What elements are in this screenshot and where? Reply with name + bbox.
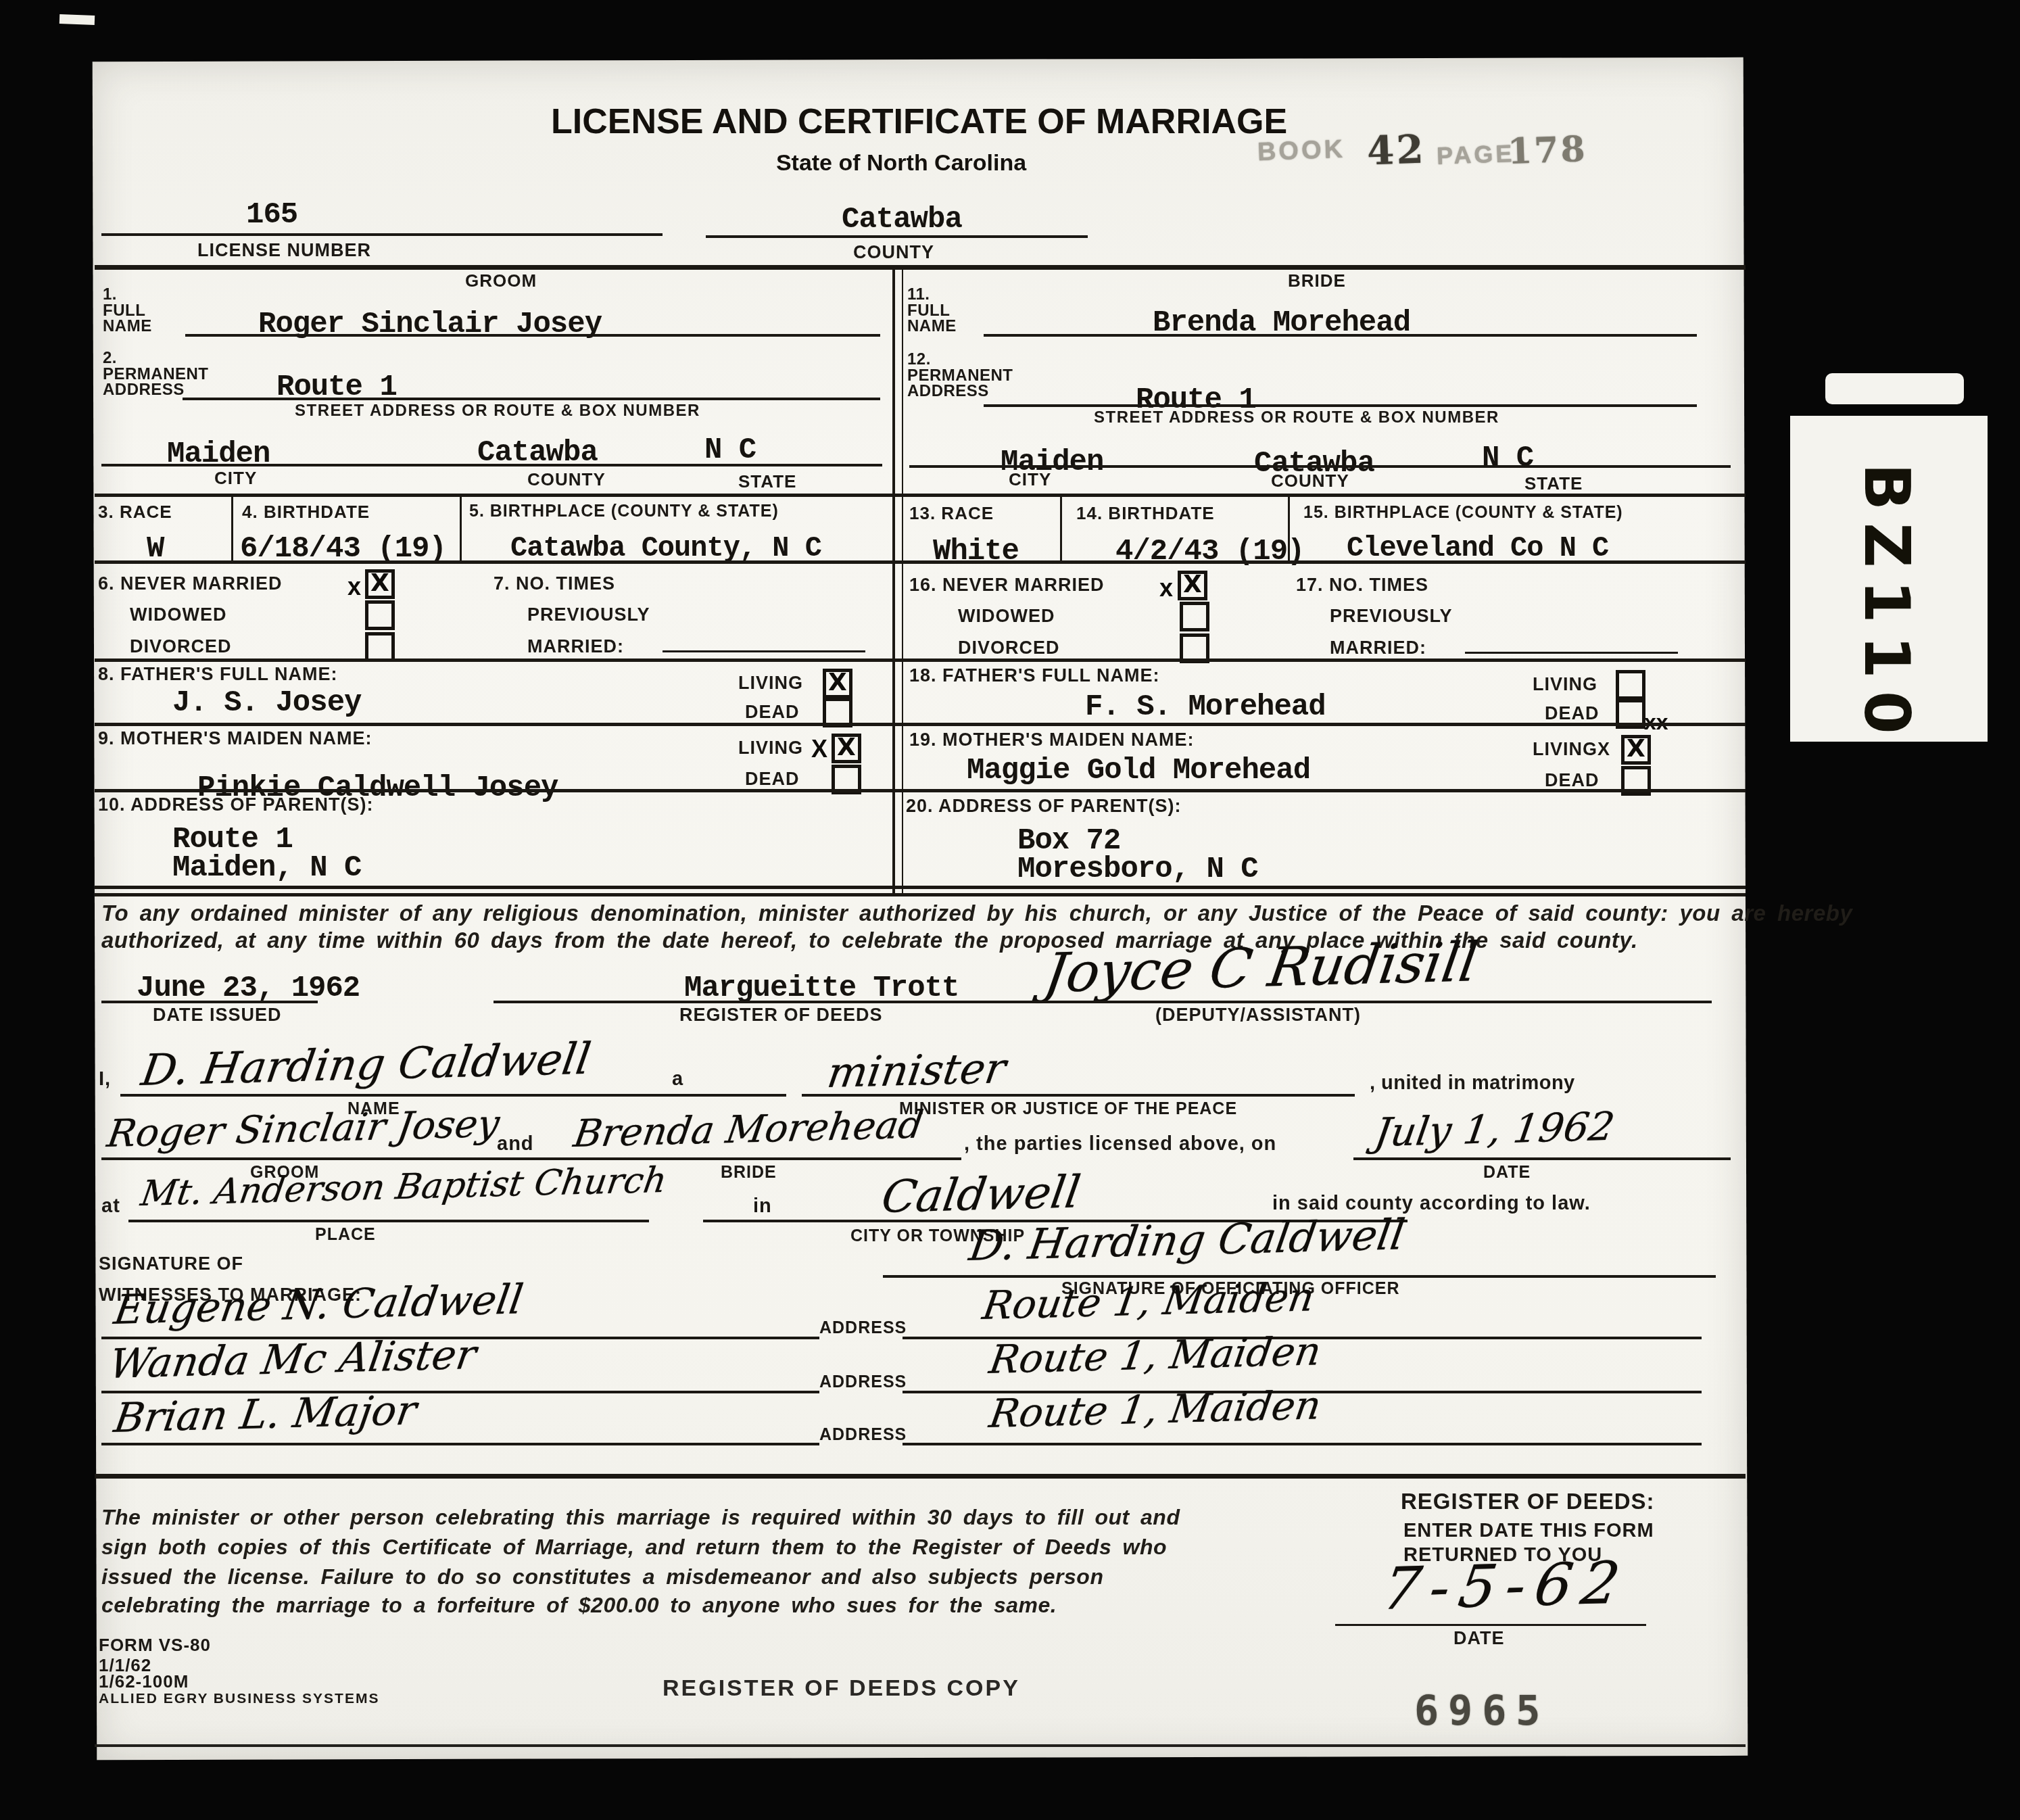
authorization-line1: To any ordained minister of any religiou… [101,902,1852,924]
footer-notice-line1: The minister or other person celebrating… [101,1506,1180,1528]
ceremony-parties-text: , the parties licensed above, on [964,1134,1276,1154]
ceremony-in-word: in [753,1197,772,1216]
register-of-deeds-value: Margueitte Trott [684,974,959,1003]
groom-address-line [183,398,880,400]
register-of-deeds-label: REGISTER OF DEEDS [679,1006,883,1024]
groom-mother-living-premark: X [811,737,827,761]
bride-mother-dead-label: DEAD [1545,771,1600,790]
bride-birthplace-label: 15. BIRTHPLACE (COUNTY & STATE) [1303,504,1623,521]
ceremony-township-written: Caldwell [879,1170,1083,1220]
bride-state: N C [1482,444,1533,473]
bride-times-label: 17. NO. TIMES [1296,576,1428,594]
groom-mother-living-checkbox: X [832,734,861,763]
race-row-bottom-border [95,560,1746,564]
bride-city-label: CITY [1009,471,1051,488]
license-number-label: LICENSE NUMBER [197,241,371,260]
bride-father-value: F. S. Morehead [1085,692,1326,722]
groom-county-col-label: COUNTY [527,471,606,488]
checkbox-mark: X [370,571,389,596]
bride-q1-label2: NAME [907,318,957,335]
ceremony-groom-name-written: Roger Sinclair Josey [105,1105,502,1153]
bride-never-married-checkbox: X [1178,571,1207,600]
groom-birthdate-value: 6/18/43 (19) [240,534,446,564]
bride-widowed-checkbox [1180,602,1209,631]
ceremony-bride-label: BRIDE [721,1164,777,1181]
witnesses-heading-1: SIGNATURE OF [99,1255,243,1273]
bride-address-line [984,404,1697,407]
license-number-line [101,233,663,236]
groom-father-label: 8. FATHER'S FULL NAME: [98,665,337,684]
groom-mother-dead-label: DEAD [745,770,800,788]
groom-father-value: J. S. Josey [172,688,361,718]
marital-row-bottom-border [95,658,1746,662]
ceremony-place-line [128,1220,649,1222]
deputy-signature-line [948,1001,1712,1003]
page-stamp-value: 178 [1507,128,1588,172]
page-bottom-edge [95,1744,1746,1747]
ceremony-united-text: , united in matrimony [1370,1074,1575,1093]
bride-birthplace-value: Cleveland Co N C [1347,534,1608,562]
copy-designation-label: REGISTER OF DEEDS COPY [663,1675,1014,1702]
table-bottom-border-2 [95,893,1746,896]
bride-county-col-label: COUNTY [1271,472,1349,489]
ceremony-place-label: PLACE [315,1226,376,1243]
date-issued-value: June 23, 1962 [137,974,360,1003]
form-number: FORM VS-80 [99,1636,211,1654]
ceremony-bride-name-written: Brenda Morehead [571,1107,925,1153]
officiant-title-label: MINISTER OR JUSTICE OF THE PEACE [899,1101,1237,1118]
officiant-title-written: minister [825,1047,1009,1094]
ceremony-suffix-text: in said county according to law. [1272,1194,1591,1214]
groom-divorced-checkbox [365,632,395,662]
witness-2-signature: Wanda Mc Alister [107,1335,479,1385]
bride-parents-line1: Box 72 [1017,826,1120,856]
groom-q2-label2: ADDRESS [103,382,185,398]
rod-box-title: REGISTER OF DEEDS: [1401,1490,1655,1512]
groom-widowed-label: WIDOWED [130,606,226,624]
groom-married-line [663,650,865,652]
ceremony-date-line [1353,1157,1731,1160]
checkbox-mark: X [1627,737,1645,761]
bride-q2-num: 12. [907,352,931,368]
groom-never-married-premark: x [347,575,361,599]
register-of-deeds-line [494,1001,948,1003]
bride-name-line [984,334,1697,337]
bride-father-label: 18. FATHER'S FULL NAME: [909,667,1159,685]
ceremony-a-word: a [672,1070,683,1089]
groom-city-label: CITY [214,469,257,487]
bride-divorced-label: DIVORCED [958,639,1060,657]
groom-parents-label: 10. ADDRESS OF PARENT(S): [98,796,374,814]
rod-box-line1: ENTER DATE THIS FORM [1403,1521,1654,1541]
groom-race-value: W [147,534,164,564]
deputy-label: (DEPUTY/ASSISTANT) [1155,1006,1361,1024]
groom-parents-line2: Maiden, N C [172,853,361,883]
ceremony-date-label: DATE [1483,1164,1531,1181]
groom-birthdate-label: 4. BIRTHDATE [242,503,370,521]
witness-3-name-line [101,1443,819,1445]
rod-return-date: 7-5-62 [1379,1554,1633,1619]
witness-1-signature: Eugene N. Caldwell [112,1279,525,1331]
groom-state: N C [704,435,756,465]
serial-number-stamp: 6965 [1414,1687,1550,1735]
groom-birthplace-label: 5. BIRTHPLACE (COUNTY & STATE) [469,503,779,520]
bride-race-divider1 [1060,494,1062,561]
groom-section-label: GROOM [465,272,537,289]
groom-state-label: STATE [738,473,796,490]
officiant-name-written: D. Harding Caldwell [139,1038,594,1093]
groom-father-living-checkbox: X [823,669,852,698]
bride-married-label: MARRIED: [1330,639,1426,657]
book-stamp-label: BOOK [1257,135,1345,168]
groom-widowed-checkbox [365,600,395,630]
footer-notice-line4: celebrating the marriage to a forfeiture… [101,1594,1057,1616]
column-divider [892,265,895,895]
bride-mother-living-checkbox: X [1621,735,1651,765]
bride-previously-label: PREVIOUSLY [1330,607,1453,625]
county-value: Catawba [842,205,962,235]
date-issued-label: DATE ISSUED [153,1006,282,1024]
table-top-border [95,265,1746,270]
groom-never-married-label: 6. NEVER MARRIED [98,575,283,593]
groom-q1-num: 1. [103,287,117,303]
bride-father-living-checkbox [1616,670,1645,700]
officiant-name-line [120,1094,786,1097]
film-edge-mark [59,14,95,25]
checkbox-mark: X [828,671,847,695]
officer-signature: D. Harding Caldwell [967,1214,1408,1267]
bride-birthdate-label: 14. BIRTHDATE [1076,504,1215,522]
groom-married-label: MARRIED: [527,638,624,656]
column-divider-2 [902,265,903,895]
film-sprocket-tab [1825,373,1964,404]
bride-married-line [1465,652,1678,654]
rod-date-line [1335,1624,1646,1626]
bride-city-line [909,465,1731,468]
bride-parents-label: 20. ADDRESS OF PARENT(S): [906,797,1182,815]
bride-q1-num: 11. [907,287,930,303]
page-title: LICENSE AND CERTIFICATE OF MARRIAGE [551,101,1244,142]
groom-street-sublabel: STREET ADDRESS OR ROUTE & BOX NUMBER [295,403,700,419]
groom-never-married-checkbox: X [365,569,395,599]
groom-mother-label: 9. MOTHER'S MAIDEN NAME: [98,729,372,748]
groom-father-living-label: LIVING [738,674,803,692]
groom-race-label: 3. RACE [98,503,172,521]
groom-mother-living-label: LIVING [738,739,803,757]
page-stamp-label: PAGE [1436,139,1515,170]
bride-street-sublabel: STREET ADDRESS OR ROUTE & BOX NUMBER [1094,410,1499,426]
bride-father-dead-suffix: xx [1644,711,1668,733]
bride-never-married-premark: x [1159,576,1173,600]
county-label: COUNTY [853,243,934,262]
witness-3-signature: Brian L. Major [112,1390,419,1439]
groom-q1-label2: NAME [103,318,152,335]
witness-3-address: Route 1, Maiden [987,1385,1324,1433]
officiant-title-line [802,1094,1355,1097]
footer-top-border [95,1474,1746,1479]
groom-previously-label: PREVIOUSLY [527,606,650,624]
groom-race-divider2 [460,494,462,561]
deputy-signature: Joyce C Rudisill [1041,935,1481,1001]
form-print-run: 1/62-100M [99,1673,189,1690]
witness-1-address-label: ADDRESS [819,1320,907,1337]
groom-q2-num: 2. [103,350,117,366]
ceremony-i-prefix: I, [99,1070,111,1089]
bride-never-married-label: 16. NEVER MARRIED [909,576,1105,594]
father-row-bottom-border [95,723,1746,726]
bride-mother-label: 19. MOTHER'S MAIDEN NAME: [909,731,1194,749]
footer-notice-line2: sign both copies of this Certificate of … [101,1536,1167,1558]
page-subtitle: State of North Carolina [752,150,1050,176]
ceremony-and-word: and [497,1134,534,1154]
checkbox-mark: X [1183,573,1202,597]
witness-3-address-line [903,1443,1702,1445]
bride-mother-value: Maggie Gold Morehead [967,756,1310,786]
bride-father-living-label: LIVING [1533,675,1597,694]
checkbox-mark: X [837,736,856,760]
form-printer: ALLIED EGRY BUSINESS SYSTEMS [99,1692,379,1706]
bride-race-label: 13. RACE [909,504,994,522]
bride-mother-living-label: LIVINGX [1533,740,1610,759]
groom-name-line [185,334,880,337]
race-row-top-border [95,494,1746,497]
rod-date-label: DATE [1453,1629,1505,1648]
bride-widowed-label: WIDOWED [958,607,1055,625]
film-frame-label: BZ110 [1790,416,1988,742]
witness-2-address-label: ADDRESS [819,1374,907,1391]
witness-2-address: Route 1, Maiden [987,1331,1324,1379]
bride-section-label: BRIDE [1288,272,1346,289]
bride-father-dead-label: DEAD [1545,704,1600,723]
bride-state-label: STATE [1524,475,1583,492]
footer-notice-line3: issued the license. Failure to do so con… [101,1566,1103,1587]
groom-birthplace-value: Catawba County, N C [510,534,821,562]
groom-father-dead-label: DEAD [745,703,800,721]
ceremony-at-word: at [101,1197,120,1216]
witness-3-address-label: ADDRESS [819,1427,907,1443]
table-bottom-border-1 [95,886,1746,889]
witness-1-address: Route 1, Maiden [980,1277,1317,1325]
date-issued-line [101,1001,318,1003]
mother-row-bottom-border [95,789,1746,792]
groom-city-line [101,464,882,466]
film-frame-code: BZ110 [1850,463,1923,746]
county-line [706,235,1088,238]
ceremony-names-line [101,1157,961,1160]
groom-divorced-label: DIVORCED [130,638,232,656]
book-stamp-value: 42 [1366,126,1426,174]
groom-times-label: 7. NO. TIMES [494,575,615,593]
groom-race-divider1 [231,494,233,561]
ceremony-date-written: July 1, 1962 [1372,1107,1617,1152]
groom-parents-line1: Route 1 [172,825,293,855]
license-number-value: 165 [246,200,297,230]
bride-q2-label2: ADDRESS [907,383,989,400]
scanned-marriage-certificate: LICENSE AND CERTIFICATE OF MARRIAGE Stat… [0,0,2020,1820]
bride-parents-line2: Moresboro, N C [1017,855,1258,884]
